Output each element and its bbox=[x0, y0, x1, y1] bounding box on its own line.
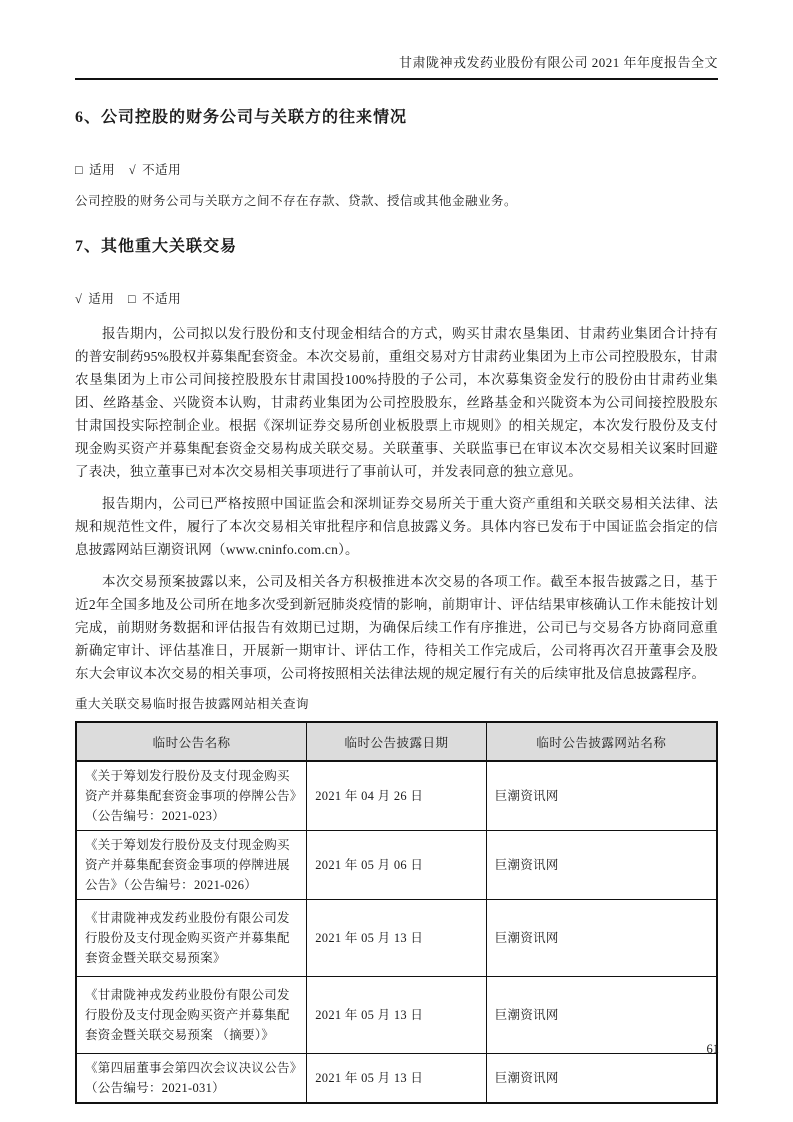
cell-disclosure-website: 巨潮资讯网 bbox=[486, 831, 717, 900]
paragraph: 报告期内，公司拟以发行股份和支付现金相结合的方式，购买甘肃农垦集团、甘肃药业集团… bbox=[75, 322, 718, 483]
applicable-label: 适用 bbox=[89, 163, 115, 177]
cell-announcement-name: 《甘肃陇神戎发药业股份有限公司发行股份及支付现金购买资产并募集配套资金暨关联交易… bbox=[76, 977, 307, 1054]
not-applicable-label: 不适用 bbox=[142, 292, 181, 306]
section-6-body: 公司控股的财务公司与关联方之间不存在存款、贷款、授信或其他金融业务。 bbox=[75, 191, 718, 209]
cell-disclosure-website: 巨潮资讯网 bbox=[486, 977, 717, 1054]
check-mark-icon: √ bbox=[129, 163, 136, 178]
col-header-disclosure-date: 临时公告披露日期 bbox=[307, 722, 486, 761]
page-content: 甘肃陇神戎发药业股份有限公司 2021 年年度报告全文 6、公司控股的财务公司与… bbox=[0, 0, 793, 1104]
section-7-applicability: √适用 □不适用 bbox=[75, 289, 718, 307]
section-6-applicability: □适用 √不适用 bbox=[75, 160, 718, 178]
table-row: 《关于筹划发行股份及支付现金购买资产并募集配套资金事项的停牌进展公告》（公告编号… bbox=[76, 831, 717, 900]
table-header-row: 临时公告名称 临时公告披露日期 临时公告披露网站名称 bbox=[76, 722, 717, 761]
cell-disclosure-date: 2021 年 05 月 06 日 bbox=[307, 831, 486, 900]
running-header: 甘肃陇神戎发药业股份有限公司 2021 年年度报告全文 bbox=[75, 52, 718, 80]
cell-disclosure-date: 2021 年 05 月 13 日 bbox=[307, 977, 486, 1054]
table-row: 《甘肃陇神戎发药业股份有限公司发行股份及支付现金购买资产并募集配套资金暨关联交易… bbox=[76, 900, 717, 977]
table-row: 《甘肃陇神戎发药业股份有限公司发行股份及支付现金购买资产并募集配套资金暨关联交易… bbox=[76, 977, 717, 1054]
table-row: 《第四届董事会第四次会议决议公告》（公告编号：2021-031） 2021 年 … bbox=[76, 1054, 717, 1104]
table-row: 《关于筹划发行股份及支付现金购买资产并募集配套资金事项的停牌公告》（公告编号：2… bbox=[76, 761, 717, 831]
col-header-disclosure-website: 临时公告披露网站名称 bbox=[486, 722, 717, 761]
cell-disclosure-website: 巨潮资讯网 bbox=[486, 761, 717, 831]
report-page: 甘肃陇神戎发药业股份有限公司 2021 年年度报告全文 6、公司控股的财务公司与… bbox=[0, 0, 793, 1122]
cell-disclosure-website: 巨潮资讯网 bbox=[486, 1054, 717, 1104]
applicable-label: 适用 bbox=[88, 292, 114, 306]
cell-disclosure-date: 2021 年 05 月 13 日 bbox=[307, 1054, 486, 1104]
page-number: 61 bbox=[707, 1042, 720, 1057]
cell-disclosure-date: 2021 年 04 月 26 日 bbox=[307, 761, 486, 831]
section-7-heading: 7、其他重大关联交易 bbox=[75, 233, 718, 256]
cell-announcement-name: 《关于筹划发行股份及支付现金购买资产并募集配套资金事项的停牌公告》（公告编号：2… bbox=[76, 761, 307, 831]
paragraph: 本次交易预案披露以来，公司及相关各方积极推进本次交易的各项工作。截至本报告披露之… bbox=[75, 570, 718, 685]
section-7-paragraphs: 报告期内，公司拟以发行股份和支付现金相结合的方式，购买甘肃农垦集团、甘肃药业集团… bbox=[75, 322, 718, 685]
not-applicable-label: 不适用 bbox=[142, 163, 181, 177]
check-mark-icon: √ bbox=[75, 292, 82, 307]
table-caption: 重大关联交易临时报告披露网站相关查询 bbox=[75, 694, 718, 712]
checkbox-unchecked-icon: □ bbox=[75, 163, 83, 178]
checkbox-unchecked-icon: □ bbox=[128, 292, 136, 307]
paragraph: 报告期内，公司已严格按照中国证监会和深圳证券交易所关于重大资产重组和关联交易相关… bbox=[75, 492, 718, 561]
cell-disclosure-date: 2021 年 05 月 13 日 bbox=[307, 900, 486, 977]
cell-disclosure-website: 巨潮资讯网 bbox=[486, 900, 717, 977]
report-title: 甘肃陇神戎发药业股份有限公司 2021 年年度报告全文 bbox=[399, 55, 718, 70]
cell-announcement-name: 《关于筹划发行股份及支付现金购买资产并募集配套资金事项的停牌进展公告》（公告编号… bbox=[76, 831, 307, 900]
section-6-heading: 6、公司控股的财务公司与关联方的往来情况 bbox=[75, 104, 718, 127]
disclosure-table: 临时公告名称 临时公告披露日期 临时公告披露网站名称 《关于筹划发行股份及支付现… bbox=[75, 721, 718, 1104]
col-header-announcement-name: 临时公告名称 bbox=[76, 722, 307, 761]
cell-announcement-name: 《第四届董事会第四次会议决议公告》（公告编号：2021-031） bbox=[76, 1054, 307, 1104]
cell-announcement-name: 《甘肃陇神戎发药业股份有限公司发行股份及支付现金购买资产并募集配套资金暨关联交易… bbox=[76, 900, 307, 977]
